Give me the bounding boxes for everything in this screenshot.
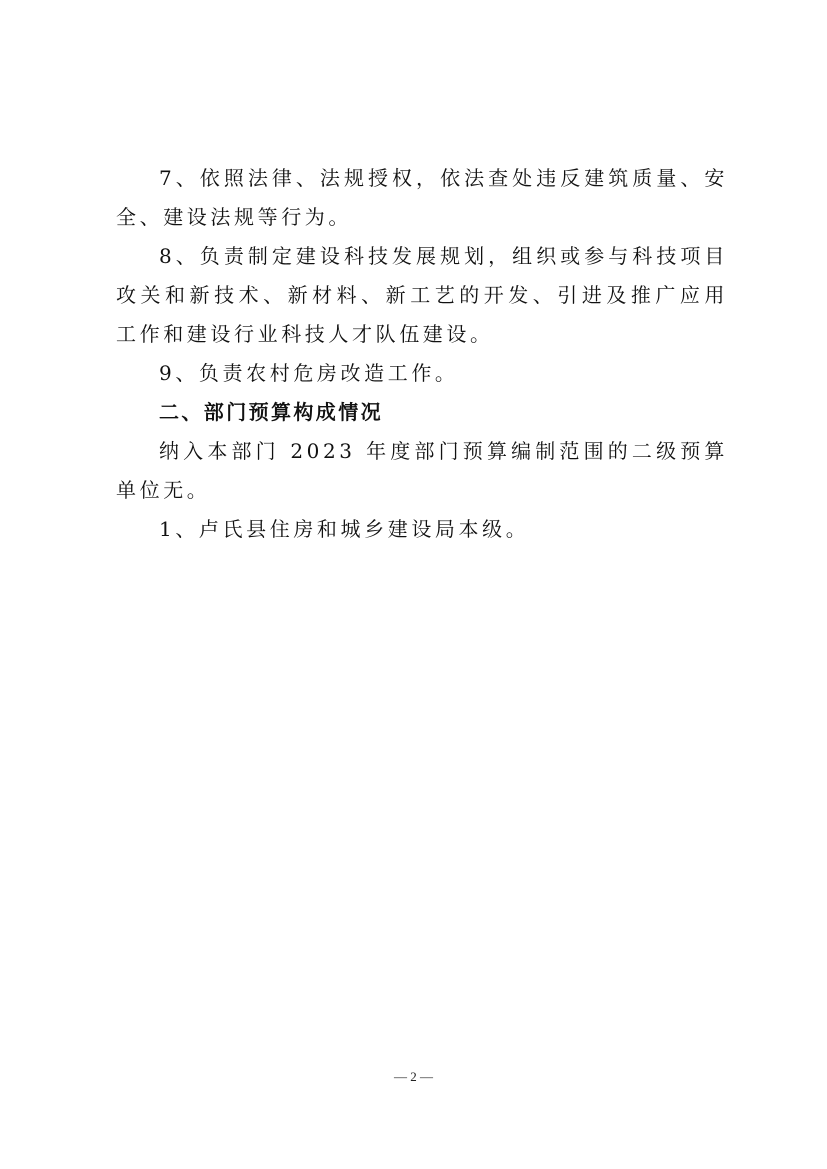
section-heading: 二、部门预算构成情况 <box>116 393 728 432</box>
paragraph-item-9: 9、负责农村危房改造工作。 <box>116 354 728 393</box>
paragraph-scope: 纳入本部门 2023 年度部门预算编制范围的二级预算单位无。 <box>116 432 728 510</box>
paragraph-item-8: 8、负责制定建设科技发展规划，组织或参与科技项目攻关和新技术、新材料、新工艺的开… <box>116 237 728 354</box>
paragraph-item-7: 7、依照法律、法规授权，依法查处违反建筑质量、安全、建设法规等行为。 <box>116 159 728 237</box>
document-page: 7、依照法律、法规授权，依法查处违反建筑质量、安全、建设法规等行为。 8、负责制… <box>0 0 827 1169</box>
page-number: — 2 — <box>0 1069 827 1085</box>
paragraph-unit-1: 1、卢氏县住房和城乡建设局本级。 <box>116 510 728 549</box>
